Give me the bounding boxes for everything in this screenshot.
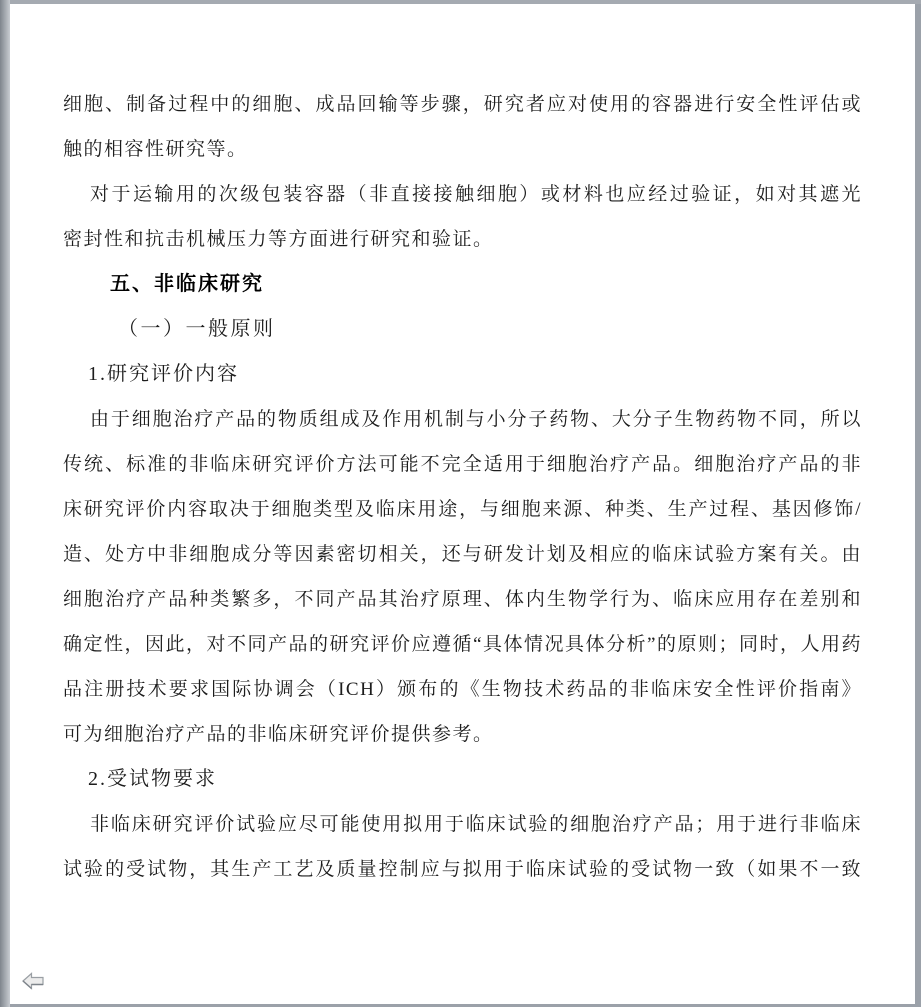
body-text-line: 对于运输用的次级包装容器（非直接接触细胞）或材料也应经过验证，如对其遮光性、 xyxy=(63,172,862,217)
document-page: 细胞、制备过程中的细胞、成品回输等步骤，研究者应对使用的容器进行安全性评估或接触… xyxy=(10,4,915,1004)
numbered-heading: 2.受试物要求 xyxy=(63,757,862,802)
body-text-line: 触的相容性研究等。 xyxy=(63,127,862,172)
body-text-line: 细胞治疗产品种类繁多，不同产品其治疗原理、体内生物学行为、临床应用存在差别和不 xyxy=(63,577,862,622)
body-text-line: 试验的受试物，其生产工艺及质量控制应与拟用于临床试验的受试物一致（如果不一致应 xyxy=(63,847,862,892)
body-text-line: 造、处方中非细胞成分等因素密切相关，还与研发计划及相应的临床试验方案有关。由于 xyxy=(63,532,862,577)
back-arrow-icon[interactable] xyxy=(22,972,44,990)
document-content: 细胞、制备过程中的细胞、成品回输等步骤，研究者应对使用的容器进行安全性评估或接触… xyxy=(10,4,915,892)
body-text-line: 确定性，因此，对不同产品的研究评价应遵循“具体情况具体分析”的原则；同时，人用药 xyxy=(63,622,862,667)
body-text-line: 非临床研究评价试验应尽可能使用拟用于临床试验的细胞治疗产品；用于进行非临床 xyxy=(63,802,862,847)
body-text-line: 品注册技术要求国际协调会（ICH）颁布的《生物技术药品的非临床安全性评价指南》（… xyxy=(63,667,862,712)
document-viewer: 细胞、制备过程中的细胞、成品回输等步骤，研究者应对使用的容器进行安全性评估或接触… xyxy=(0,0,921,1007)
body-text-line: 细胞、制备过程中的细胞、成品回输等步骤，研究者应对使用的容器进行安全性评估或接 xyxy=(63,82,862,127)
numbered-heading: 1.研究评价内容 xyxy=(63,352,862,397)
body-text-line: 床研究评价内容取决于细胞类型及临床用途，与细胞来源、种类、生产过程、基因修饰/改 xyxy=(63,487,862,532)
section-heading: 五、非临床研究 xyxy=(63,262,862,307)
body-text-line: 传统、标准的非临床研究评价方法可能不完全适用于细胞治疗产品。细胞治疗产品的非临 xyxy=(63,442,862,487)
body-text-line: 可为细胞治疗产品的非临床研究评价提供参考。 xyxy=(63,712,862,757)
body-text-line: 由于细胞治疗产品的物质组成及作用机制与小分子药物、大分子生物药物不同，所以 xyxy=(63,397,862,442)
page-left-shadow xyxy=(0,0,10,1007)
body-text-line: 密封性和抗击机械压力等方面进行研究和验证。 xyxy=(63,217,862,262)
subsection-heading: （一）一般原则 xyxy=(63,307,862,352)
